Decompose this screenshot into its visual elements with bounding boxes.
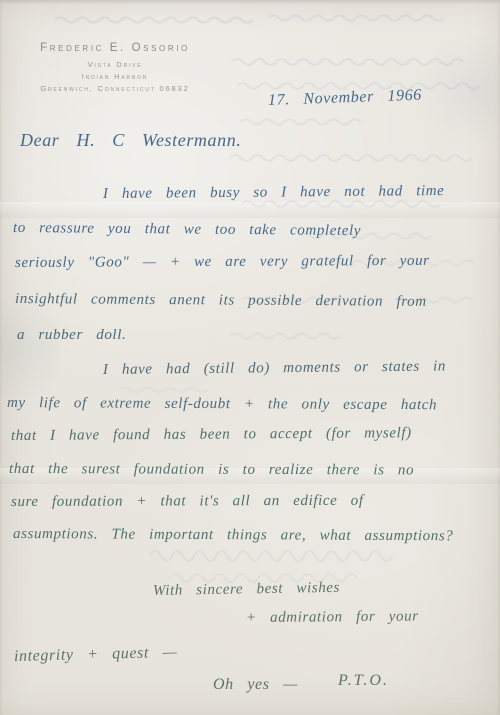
body-line: a rubber doll.	[17, 327, 126, 344]
letterhead-address-line3: Greenwich, Connecticut 06832	[24, 83, 206, 95]
ghost-stroke	[240, 120, 361, 125]
paper-crease	[0, 202, 500, 218]
body-line: I have been busy so I have not had time	[103, 183, 445, 203]
paper-stain	[420, 30, 500, 150]
ghost-stroke	[150, 551, 392, 561]
body-line: I have had (still do) moments or states …	[103, 358, 446, 379]
body-line: to reassure you that we too take complet…	[13, 220, 361, 240]
body-line: sure foundation + that it's all an edifi…	[11, 493, 364, 511]
closing-line: + admiration for your	[246, 608, 419, 627]
ink-bleed-through	[0, 0, 500, 715]
letterhead-address-line2: Indian Harbor	[24, 71, 206, 83]
ghost-stroke	[120, 388, 208, 392]
letterhead-name: Frederic E. Ossorio	[24, 42, 206, 54]
letterhead: Frederic E. Ossorio Vista Drive Indian H…	[24, 42, 206, 95]
letter-page: Frederic E. Ossorio Vista Drive Indian H…	[0, 0, 500, 715]
letter-date: 17. November 1966	[268, 87, 423, 110]
ghost-stroke	[232, 59, 463, 65]
postscript-pto: P.T.O.	[338, 672, 389, 690]
body-line: assumptions. The important things are, w…	[13, 526, 454, 545]
ghost-stroke	[55, 18, 253, 23]
letterhead-address-line1: Vista Drive	[24, 59, 206, 71]
ghost-stroke	[268, 16, 444, 21]
body-line: insightful comments anent its possible d…	[15, 291, 427, 311]
body-line: my life of extreme self-doubt + the only…	[7, 395, 437, 414]
postscript-oh-yes: Oh yes —	[213, 676, 298, 694]
body-line: seriously "Goo" — + we are very grateful…	[15, 253, 430, 272]
body-line: that I have found has been to accept (fo…	[11, 425, 412, 445]
letter-salutation: Dear H. C Westermann.	[20, 130, 241, 151]
ghost-stroke	[242, 201, 440, 207]
closing-line: integrity + quest —	[14, 644, 178, 666]
body-line: that the surest foundation is to realize…	[9, 461, 414, 479]
ghost-stroke	[230, 155, 472, 161]
closing-line: With sincere best wishes	[153, 580, 340, 600]
ghost-stroke	[230, 334, 340, 339]
